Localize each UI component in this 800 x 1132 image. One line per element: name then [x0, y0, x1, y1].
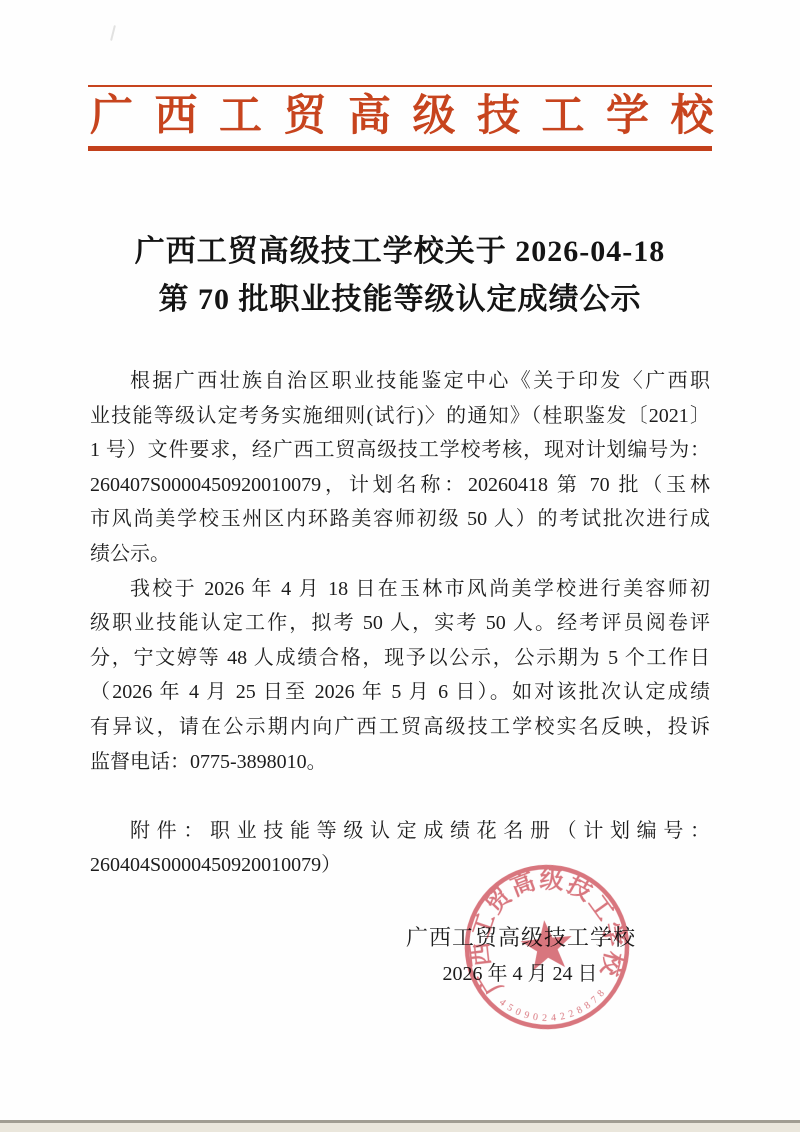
- body-line: （2026 年 4 月 25 日至 2026 年 5 月 6 日）。如对该批次认…: [90, 675, 710, 710]
- body-line: 监督电话：0775-3898010。: [90, 745, 710, 780]
- body-line: 分，宁文婷等 48 人成绩合格，现予以公示，公示期为 5 个工作日: [90, 641, 710, 676]
- body-line: 业技能等级认定考务实施细则(试行)〉的通知》（桂职鉴发〔2021〕: [90, 399, 710, 434]
- doc-title: 广西工贸高级技工学校关于 2026-04-18 第 70 批职业技能等级认定成绩…: [0, 228, 800, 324]
- body-line: 根据广西壮族自治区职业技能鉴定中心《关于印发〈广西职: [90, 364, 710, 399]
- body-line: 市风尚美学校玉州区内环路美容师初级 50 人）的考试批次进行成: [90, 502, 710, 537]
- official-seal: 广西工贸高级技工学校 4509024228878: [454, 854, 641, 1041]
- scanned-notice-page: 广西工贸高级技工学校 广西工贸高级技工学校关于 2026-04-18 第 70 …: [0, 0, 800, 1132]
- blank-line: [90, 779, 710, 814]
- letterhead-rule-thick: [88, 146, 712, 151]
- body-line: 1 号）文件要求，经广西工贸高级技工学校考核，现对计划编号为：: [90, 433, 710, 468]
- letterhead-school-name: 广西工贸高级技工学校: [90, 91, 714, 143]
- seal-star: [519, 917, 575, 971]
- body-line: 绩公示。: [90, 537, 710, 572]
- doc-body: 根据广西壮族自治区职业技能鉴定中心《关于印发〈广西职 业技能等级认定考务实施细则…: [90, 364, 710, 883]
- doc-title-line2: 第 70 批职业技能等级认定成绩公示: [0, 276, 800, 324]
- scan-edge-strip: [0, 1123, 800, 1132]
- body-line: 级职业技能认定工作，拟考 50 人，实考 50 人。经考评员阅卷评: [90, 606, 710, 641]
- body-line: 我校于 2026 年 4 月 18 日在玉林市风尚美学校进行美容师初: [90, 572, 710, 607]
- letterhead-rule-thin: [88, 85, 712, 87]
- seal-serial-textpath: 4509024228878: [496, 986, 609, 1029]
- scan-smudge: [110, 25, 116, 41]
- body-line: 有异议，请在公示期内向广西工贸高级技工学校实名反映，投诉: [90, 710, 710, 745]
- seal-serial-text: 4509024228878: [496, 986, 609, 1029]
- body-line: 260407S0000450920010079，计划名称：20260418 第 …: [90, 468, 710, 503]
- attachment-line: 附件：职业技能等级认定成绩花名册（计划编号：: [90, 814, 710, 849]
- doc-title-line1: 广西工贸高级技工学校关于 2026-04-18: [0, 228, 800, 276]
